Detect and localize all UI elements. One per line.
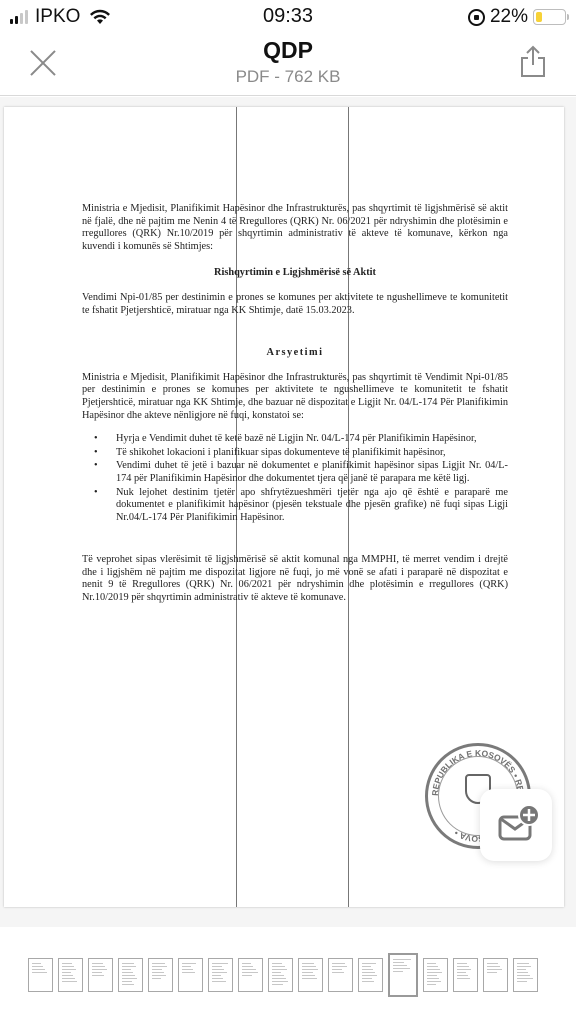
battery-level [536,12,542,22]
page-thumbnail[interactable] [238,958,263,992]
battery-percent: 22% [490,6,528,28]
document-body: Ministria e Mjedisit, Planifikimit Hapës… [82,203,508,616]
list-item: Nuk lejohet destinim tjetër apo shfrytëz… [92,487,508,525]
page-thumbnail[interactable] [453,958,478,992]
list-item: Të shikohet lokacioni i planifikuar sipa… [92,447,508,460]
page-thumbnail[interactable] [88,958,113,992]
share-icon[interactable] [518,44,548,78]
document-title: QDP [0,37,576,64]
document-subtitle: PDF - 762 KB [0,67,576,87]
section-heading: Rishqyrtimin e Ligjshmërisë së Aktit [82,267,508,280]
pdf-viewer[interactable]: Ministria e Mjedisit, Planifikimit Hapës… [0,97,576,927]
page-thumbnail[interactable] [208,958,233,992]
page-thumbnail[interactable] [513,958,538,992]
page-thumbnail[interactable] [358,958,383,992]
status-right: 22% [468,6,566,28]
page-thumbnail[interactable] [58,958,83,992]
list-item: Hyrja e Vendimit duhet të ketë bazë në L… [92,433,508,446]
page-thumbnail[interactable] [328,958,353,992]
page-thumbnail[interactable] [298,958,323,992]
thumbnail-list[interactable] [28,953,538,997]
navigation-bar: QDP PDF - 762 KB [0,34,576,96]
decision-paragraph: Vendimi Npi-01/85 per destinimin e prone… [82,292,508,317]
list-item: Vendimi duhet të jetë i bazuar në dokume… [92,460,508,485]
reasoning-paragraph: Ministria e Mjedisit, Planifikimit Hapës… [82,372,508,422]
conclusion-paragraph: Të veprohet sipas vlerësimit të ligjshmë… [82,554,508,604]
page-thumbnail-strip[interactable] [0,930,576,1024]
intro-paragraph: Ministria e Mjedisit, Planifikimit Hapës… [82,203,508,253]
page-thumbnail[interactable] [178,958,203,992]
page-thumbnail[interactable] [483,958,508,992]
page-thumbnail[interactable] [268,958,293,992]
page-thumbnail[interactable] [423,958,448,992]
page-thumbnail[interactable] [148,958,173,992]
battery-icon [533,9,566,25]
rotation-lock-icon [468,9,485,26]
mail-add-icon [480,789,552,861]
findings-list: Hyrja e Vendimit duhet të ketë bazë në L… [92,433,508,524]
section-heading: Arsyetimi [82,347,508,360]
status-bar: IPKO 09:33 22% [0,0,576,34]
mail-add-button[interactable] [480,789,552,861]
page-thumbnail[interactable] [118,958,143,992]
pdf-page: Ministria e Mjedisit, Planifikimit Hapës… [4,107,564,907]
page-thumbnail[interactable] [28,958,53,992]
page-thumbnail[interactable] [388,953,418,997]
